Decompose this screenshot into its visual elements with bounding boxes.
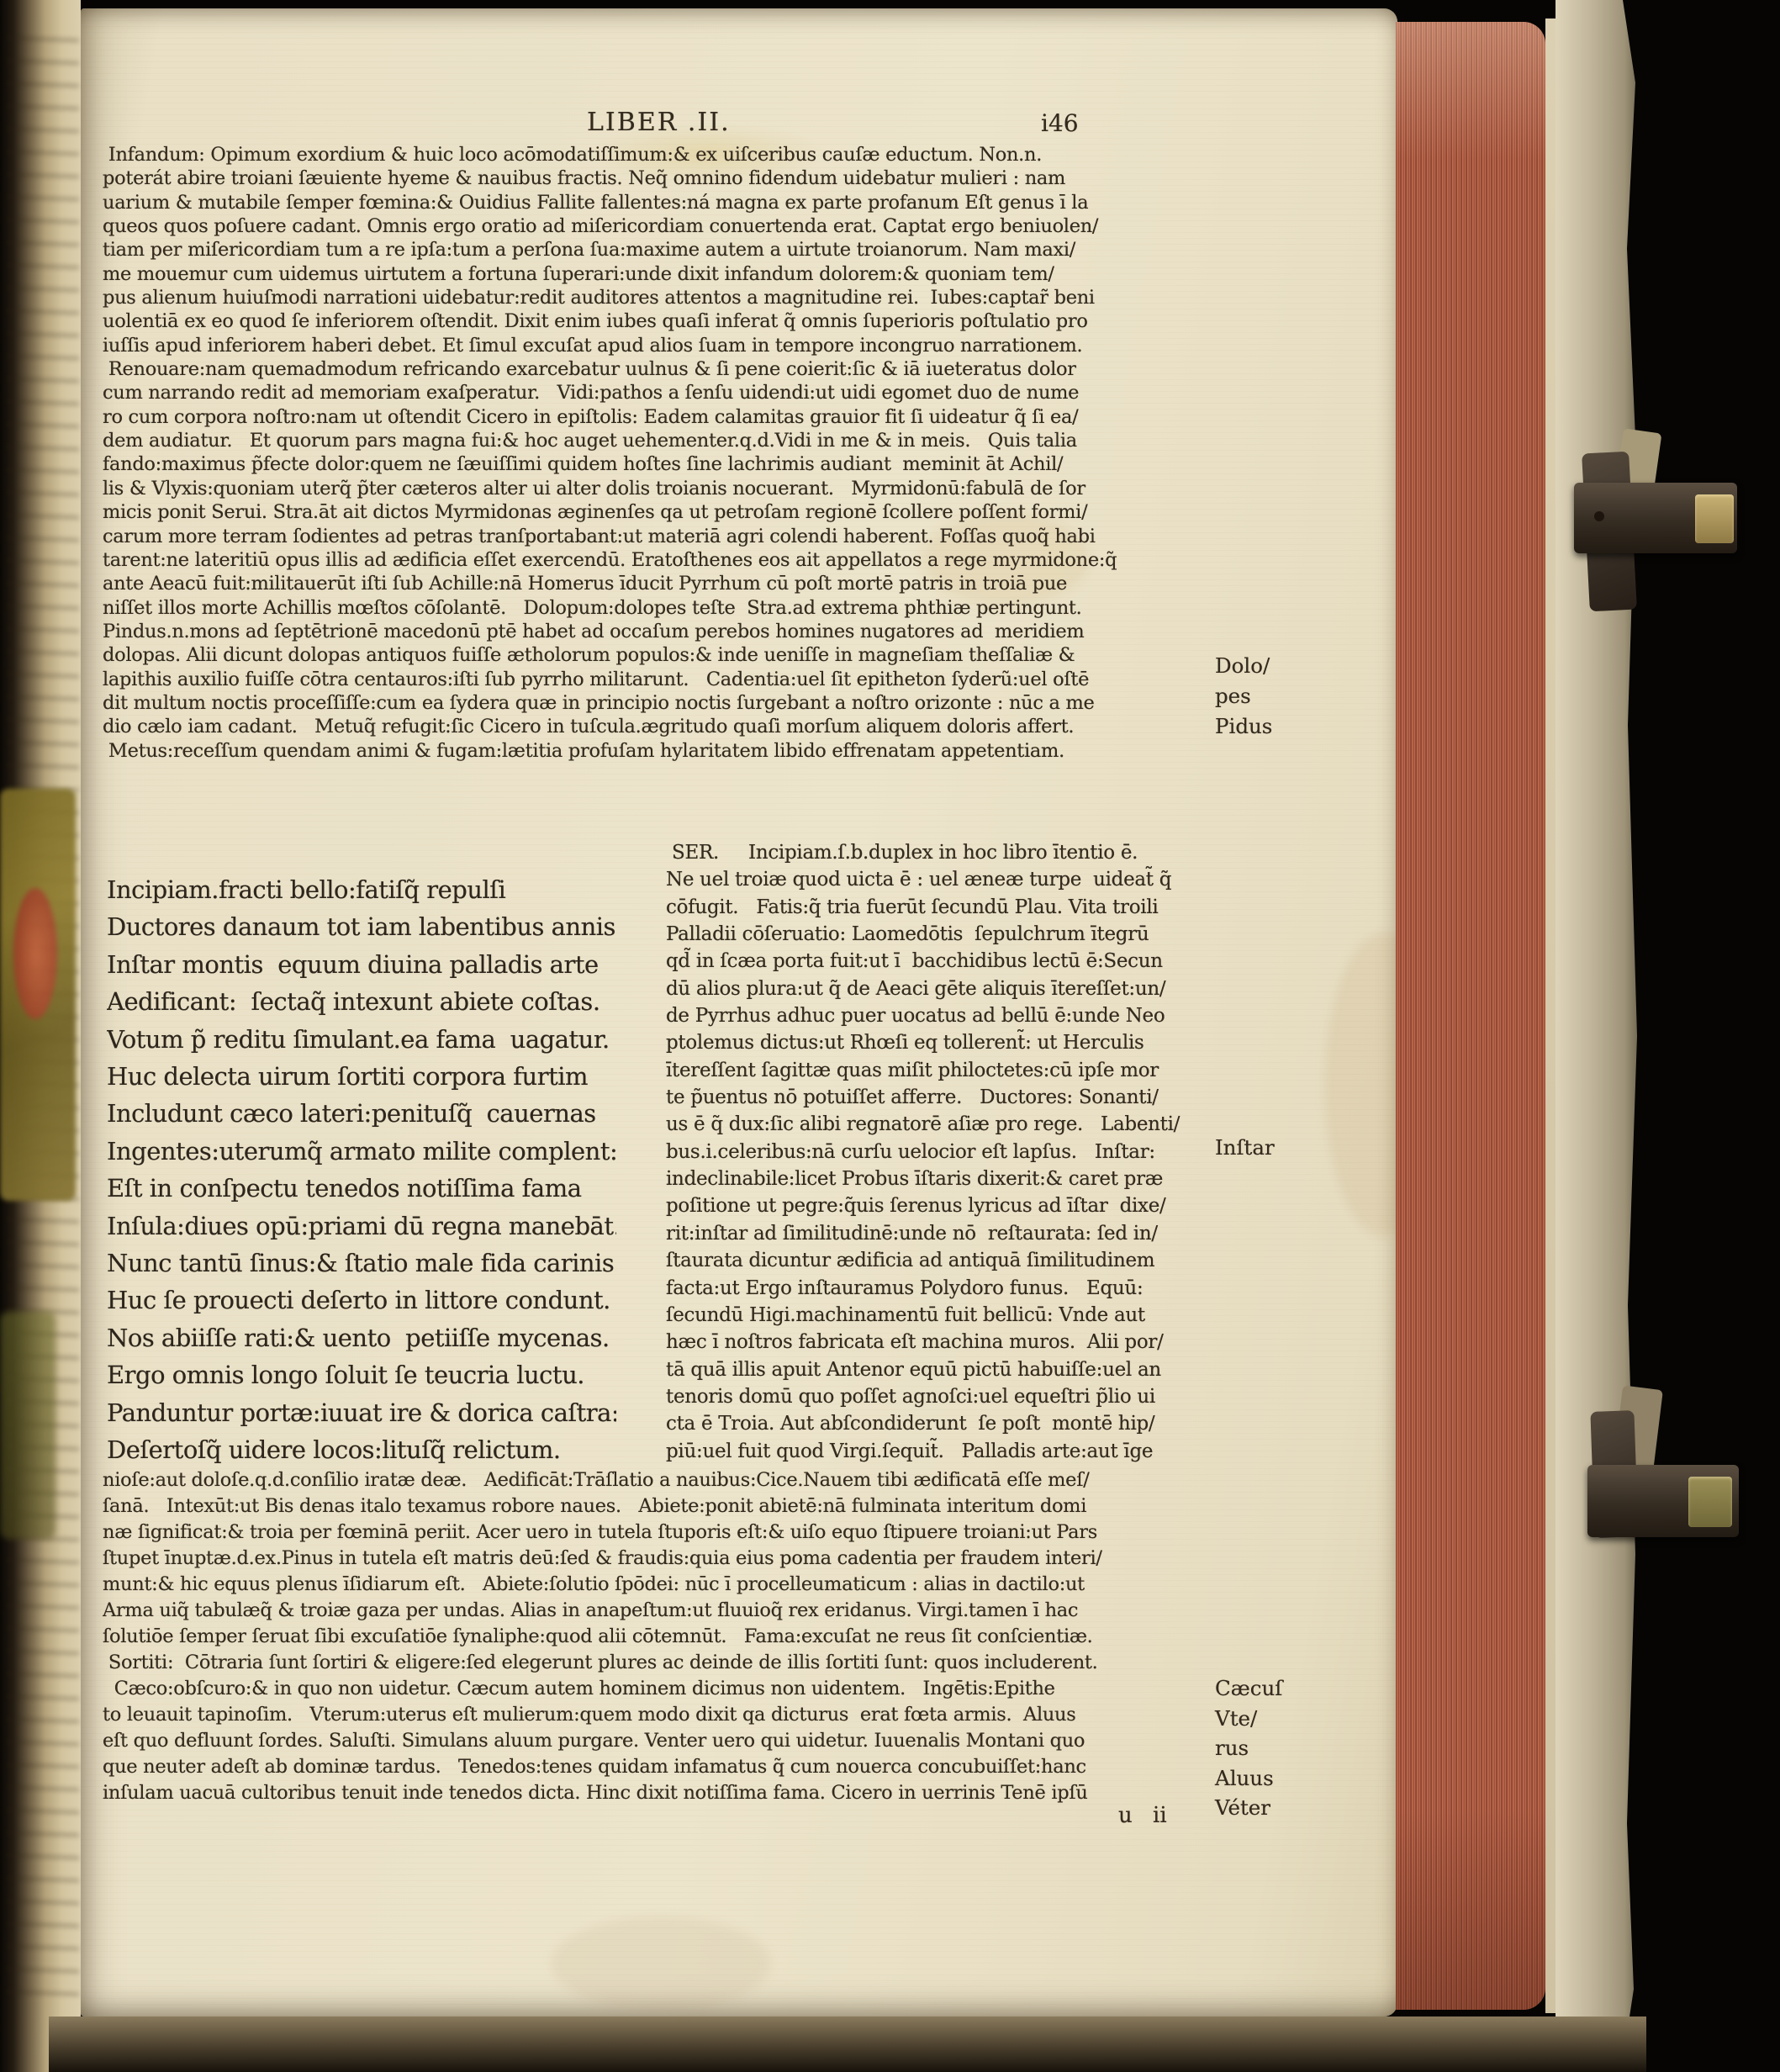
text-line: Ergo omnis longo ſoluit ſe teucria luctu… bbox=[107, 1356, 616, 1393]
text-line: Huc delecta uirum ſortiti corpora furtim bbox=[107, 1058, 616, 1095]
text-line: Sortiti: Cōtraria ſunt ſortiri & eligere… bbox=[103, 1650, 1206, 1676]
text-line: ītereſſent ſagittæ quas miſit philoctete… bbox=[666, 1057, 1212, 1084]
text-line: Ductores danaum tot iam labentibus annis bbox=[107, 908, 616, 945]
text-line: que neuter adeſt ab dominæ tardus. Tened… bbox=[103, 1754, 1206, 1780]
text-line: tarent:ne lateritiū opus illis ad ædific… bbox=[103, 548, 1194, 572]
text-line: Pidus bbox=[1215, 711, 1272, 742]
text-line: inſulam uacuā cultoribus tenuit inde ten… bbox=[103, 1780, 1206, 1806]
text-line: rit:inſtar ad ſimilitudinē:unde nō reſta… bbox=[666, 1220, 1212, 1247]
text-line: poſitione ut pegre:q̃uis ſerenus lyricus… bbox=[666, 1192, 1212, 1219]
text-line: dū alios plura:ut q̃ de Aeaci gēte aliqu… bbox=[666, 975, 1212, 1002]
text-line: Pindus.n.mons ad ſeptētrionē macedonū pt… bbox=[103, 620, 1194, 643]
page-stain bbox=[552, 1917, 770, 2010]
margin-note-instar: Inſtar bbox=[1215, 1135, 1275, 1160]
text-line: cōfugit. Fatis:q̃ tria fuerūt ſecundū Pl… bbox=[666, 894, 1212, 921]
text-line: us ē q̃ dux:ſic alibi regnatorē aſiæ pro… bbox=[666, 1111, 1212, 1138]
text-line: carum more terram ſodientes ad petras tr… bbox=[103, 525, 1194, 548]
text-line: Includunt cæco lateri:penituſq̃ cauernas bbox=[107, 1095, 616, 1132]
text-line: Aluus bbox=[1215, 1763, 1282, 1794]
illuminated-initial-glimpse bbox=[0, 789, 76, 1201]
text-line: SER. Incipiam.ſ.b.duplex in hoc libro īt… bbox=[666, 839, 1212, 866]
text-line: ſanā. Intexūt:ut Bis denas italo texamus… bbox=[103, 1493, 1206, 1520]
text-line: Cæcuſ bbox=[1215, 1673, 1282, 1704]
text-line: to leuauit tapinoſim. Vterum:uterus eſt … bbox=[103, 1702, 1206, 1728]
illuminated-decoration-glimpse bbox=[0, 1312, 55, 1539]
text-line: dio cælo iam cadant. Metuq̃ refugit:ſic … bbox=[103, 715, 1194, 738]
text-line: Ne uel troiæ quod uicta ē : uel æneæ tur… bbox=[666, 866, 1212, 893]
text-line: qd̃ in ſcæa porta fuit:ut ī bacchidibus … bbox=[666, 948, 1212, 975]
text-line: tā quā illis apuit Antenor equū pictū ha… bbox=[666, 1356, 1212, 1383]
bottom-cover-edge bbox=[49, 2016, 1646, 2072]
text-line: Dolo/ bbox=[1215, 651, 1272, 681]
text-line: Huc ſe prouecti deſerto in littore condu… bbox=[107, 1282, 616, 1319]
text-line: de Pyrrhus adhuc puer uocatus ad bellū ē… bbox=[666, 1002, 1212, 1029]
text-line: uarium & mutabile ſemper fœmina:& Ouidiu… bbox=[103, 191, 1194, 214]
red-fore-edge bbox=[1396, 22, 1545, 2010]
endleaf-sliver bbox=[1545, 18, 1557, 2013]
clasp-lower-brass-tip bbox=[1688, 1477, 1732, 1527]
text-line: Incipiam.fracti bello:fatiſq̃ repulſi bbox=[107, 871, 616, 908]
text-line: indeclinabile:licet Probus īſtaris dixer… bbox=[666, 1165, 1212, 1192]
text-line: tenoris domū quo poſſet agnoſci:uel eque… bbox=[666, 1383, 1212, 1410]
text-line: Renouare:nam quemadmodum refricando exar… bbox=[103, 357, 1194, 381]
margin-note-dolopes: Dolo/pesPidus bbox=[1215, 651, 1272, 742]
commentary-column: SER. Incipiam.ſ.b.duplex in hoc libro īt… bbox=[666, 839, 1212, 1468]
text-line: munt:& hic equus plenus īſidiarum eſt. A… bbox=[103, 1572, 1206, 1598]
text-line: te p̃uentus nō potuiſſet afferre. Ductor… bbox=[666, 1084, 1212, 1111]
vellum-cover bbox=[1556, 0, 1640, 2072]
text-line: ſtupet īnuptæ.d.ex.Pinus in tutela eſt m… bbox=[103, 1546, 1206, 1572]
quire-signature: u ii bbox=[1118, 1803, 1167, 1828]
margin-note-caecus: CæcuſVte/rusAluusVéter bbox=[1215, 1673, 1282, 1823]
folio-number: i46 bbox=[1041, 109, 1079, 137]
text-line: piū:uel fuit quod Virgi.ſequit̃. Palladi… bbox=[666, 1438, 1212, 1465]
text-line: ſtaurata dicuntur ædificia ad antiquā ſi… bbox=[666, 1247, 1212, 1274]
text-line: fando:maximus p̃fecte dolor:quem ne ſæui… bbox=[103, 452, 1194, 476]
clasp-upper-brass-tip bbox=[1695, 494, 1734, 543]
text-line: dem audiatur. Et quorum pars magna fui:&… bbox=[103, 429, 1194, 452]
text-line: niſſet illos morte Achillis mœſtos cōſol… bbox=[103, 596, 1194, 620]
text-line: iuſſis apud inferiorem haberi debet. Et … bbox=[103, 334, 1194, 357]
text-line: ante Aeacū fuit:militauerūt iſti ſub Ach… bbox=[103, 572, 1194, 595]
text-line: Arma uiq̃ tabulæq̃ & troiæ gaza per unda… bbox=[103, 1598, 1206, 1624]
text-line: Nunc tantū ſinus:& ſtatio male fida cari… bbox=[107, 1245, 616, 1282]
text-line: Infandum: Opimum exordium & huic loco ac… bbox=[103, 143, 1194, 166]
text-line: Inſula:diues opū:priami dū regna manebāt… bbox=[107, 1208, 616, 1245]
text-line: Nos abiiſſe rati:& uento petiiſſe mycena… bbox=[107, 1319, 616, 1356]
text-line: Palladii cōſeruatio: Laomedōtis ſepulchr… bbox=[666, 921, 1212, 948]
text-line: cta ē Troia. Aut abſcondiderunt ſe poſt … bbox=[666, 1410, 1212, 1437]
text-line: ptolemus dictus:ut Rhœſi eq tollerent̃: … bbox=[666, 1029, 1212, 1056]
clasp-upper-rivet bbox=[1594, 511, 1604, 521]
text-line: Ingentes:uterumq̃ armato milite complent… bbox=[107, 1133, 616, 1170]
text-line: me mouemur cum uidemus uirtutem a fortun… bbox=[103, 262, 1194, 286]
text-line: hæc ī noſtros fabricata eſt machina muro… bbox=[666, 1329, 1212, 1356]
verse-block: Incipiam.fracti bello:fatiſq̃ repulſiDuc… bbox=[107, 871, 616, 1473]
bottom-commentary-block: nioſe:aut doloſe.q.d.conſilio iratæ deæ.… bbox=[103, 1467, 1206, 1809]
text-line: lapithis auxilio fuiſſe cōtra centauros:… bbox=[103, 668, 1194, 691]
text-line: Eſt in conſpectu tenedos notiſſima fama bbox=[107, 1170, 616, 1207]
text-line: næ ſignificat:& troia per fœminā periit.… bbox=[103, 1520, 1206, 1546]
text-line: nioſe:aut doloſe.q.d.conſilio iratæ deæ.… bbox=[103, 1467, 1206, 1493]
top-commentary-block: Infandum: Opimum exordium & huic loco ac… bbox=[103, 143, 1194, 767]
text-line: queos quos poſuere cadant. Omnis ergo or… bbox=[103, 214, 1194, 238]
text-line: eſt quo defluunt ſordes. Saluſti. Simula… bbox=[103, 1728, 1206, 1754]
text-line: micis ponit Serui. Stra.āt ait dictos My… bbox=[103, 500, 1194, 524]
text-line: poterát abire troiani ſæuiente hyeme & n… bbox=[103, 166, 1194, 190]
text-line: dolopas. Alii dicunt dolopas antiquos fu… bbox=[103, 643, 1194, 667]
text-line: pus alienum huiuſmodi narrationi uidebat… bbox=[103, 286, 1194, 309]
text-line: Panduntur portæ:iuuat ire & dorica caſtr… bbox=[107, 1394, 616, 1431]
text-line: Deſertoſq̃ uidere locos:lituſq̃ relictum… bbox=[107, 1431, 616, 1468]
text-line: Metus:receſſum quendam animi & fugam:læt… bbox=[103, 739, 1194, 763]
text-line: tiam per miſericordiam tum a re ipſa:tum… bbox=[103, 238, 1194, 262]
text-line: rus bbox=[1215, 1733, 1282, 1763]
text-line: lis & Vlyxis:quoniam uterq̃ p̃ter cætero… bbox=[103, 477, 1194, 500]
text-line: ro cum corpora noſtro:nam ut oſtendit Ci… bbox=[103, 405, 1194, 429]
text-line: Aedificant: ſectaq̃ intexunt abiete coſt… bbox=[107, 983, 616, 1020]
text-line: bus.i.celeribus:nā curſu uelocior eſt la… bbox=[666, 1139, 1212, 1165]
text-line: cum narrando redit ad memoriam exaſperat… bbox=[103, 381, 1194, 404]
text-line: Vte/ bbox=[1215, 1704, 1282, 1734]
book-photograph: LIBER .II. i46 Infandum: Opimum exordium… bbox=[0, 0, 1780, 2072]
text-line: Cæco:obſcuro:& in quo non uidetur. Cæcum… bbox=[103, 1676, 1206, 1702]
text-line: pes bbox=[1215, 681, 1272, 711]
text-line: ſolutiōe ſemper ſeruat ſibi excuſatiōe ſ… bbox=[103, 1624, 1206, 1650]
running-header: LIBER .II. bbox=[587, 108, 731, 137]
text-line: facta:ut Ergo inſtauramus Polydoro funus… bbox=[666, 1275, 1212, 1302]
text-line: dit multum noctis proceſſiſſe:cum ea ſyd… bbox=[103, 691, 1194, 715]
text-line: Inſtar montis equum diuina palladis arte bbox=[107, 946, 616, 983]
text-line: Votum p̃ reditu ſimulant.ea fama uagatur… bbox=[107, 1021, 616, 1058]
text-line: ſecundū Higi.machinamentū fuit bellicū: … bbox=[666, 1302, 1212, 1329]
text-line: uolentiā ex eo quod ſe inferiorem oſtend… bbox=[103, 309, 1194, 333]
text-line: Véter bbox=[1215, 1793, 1282, 1823]
